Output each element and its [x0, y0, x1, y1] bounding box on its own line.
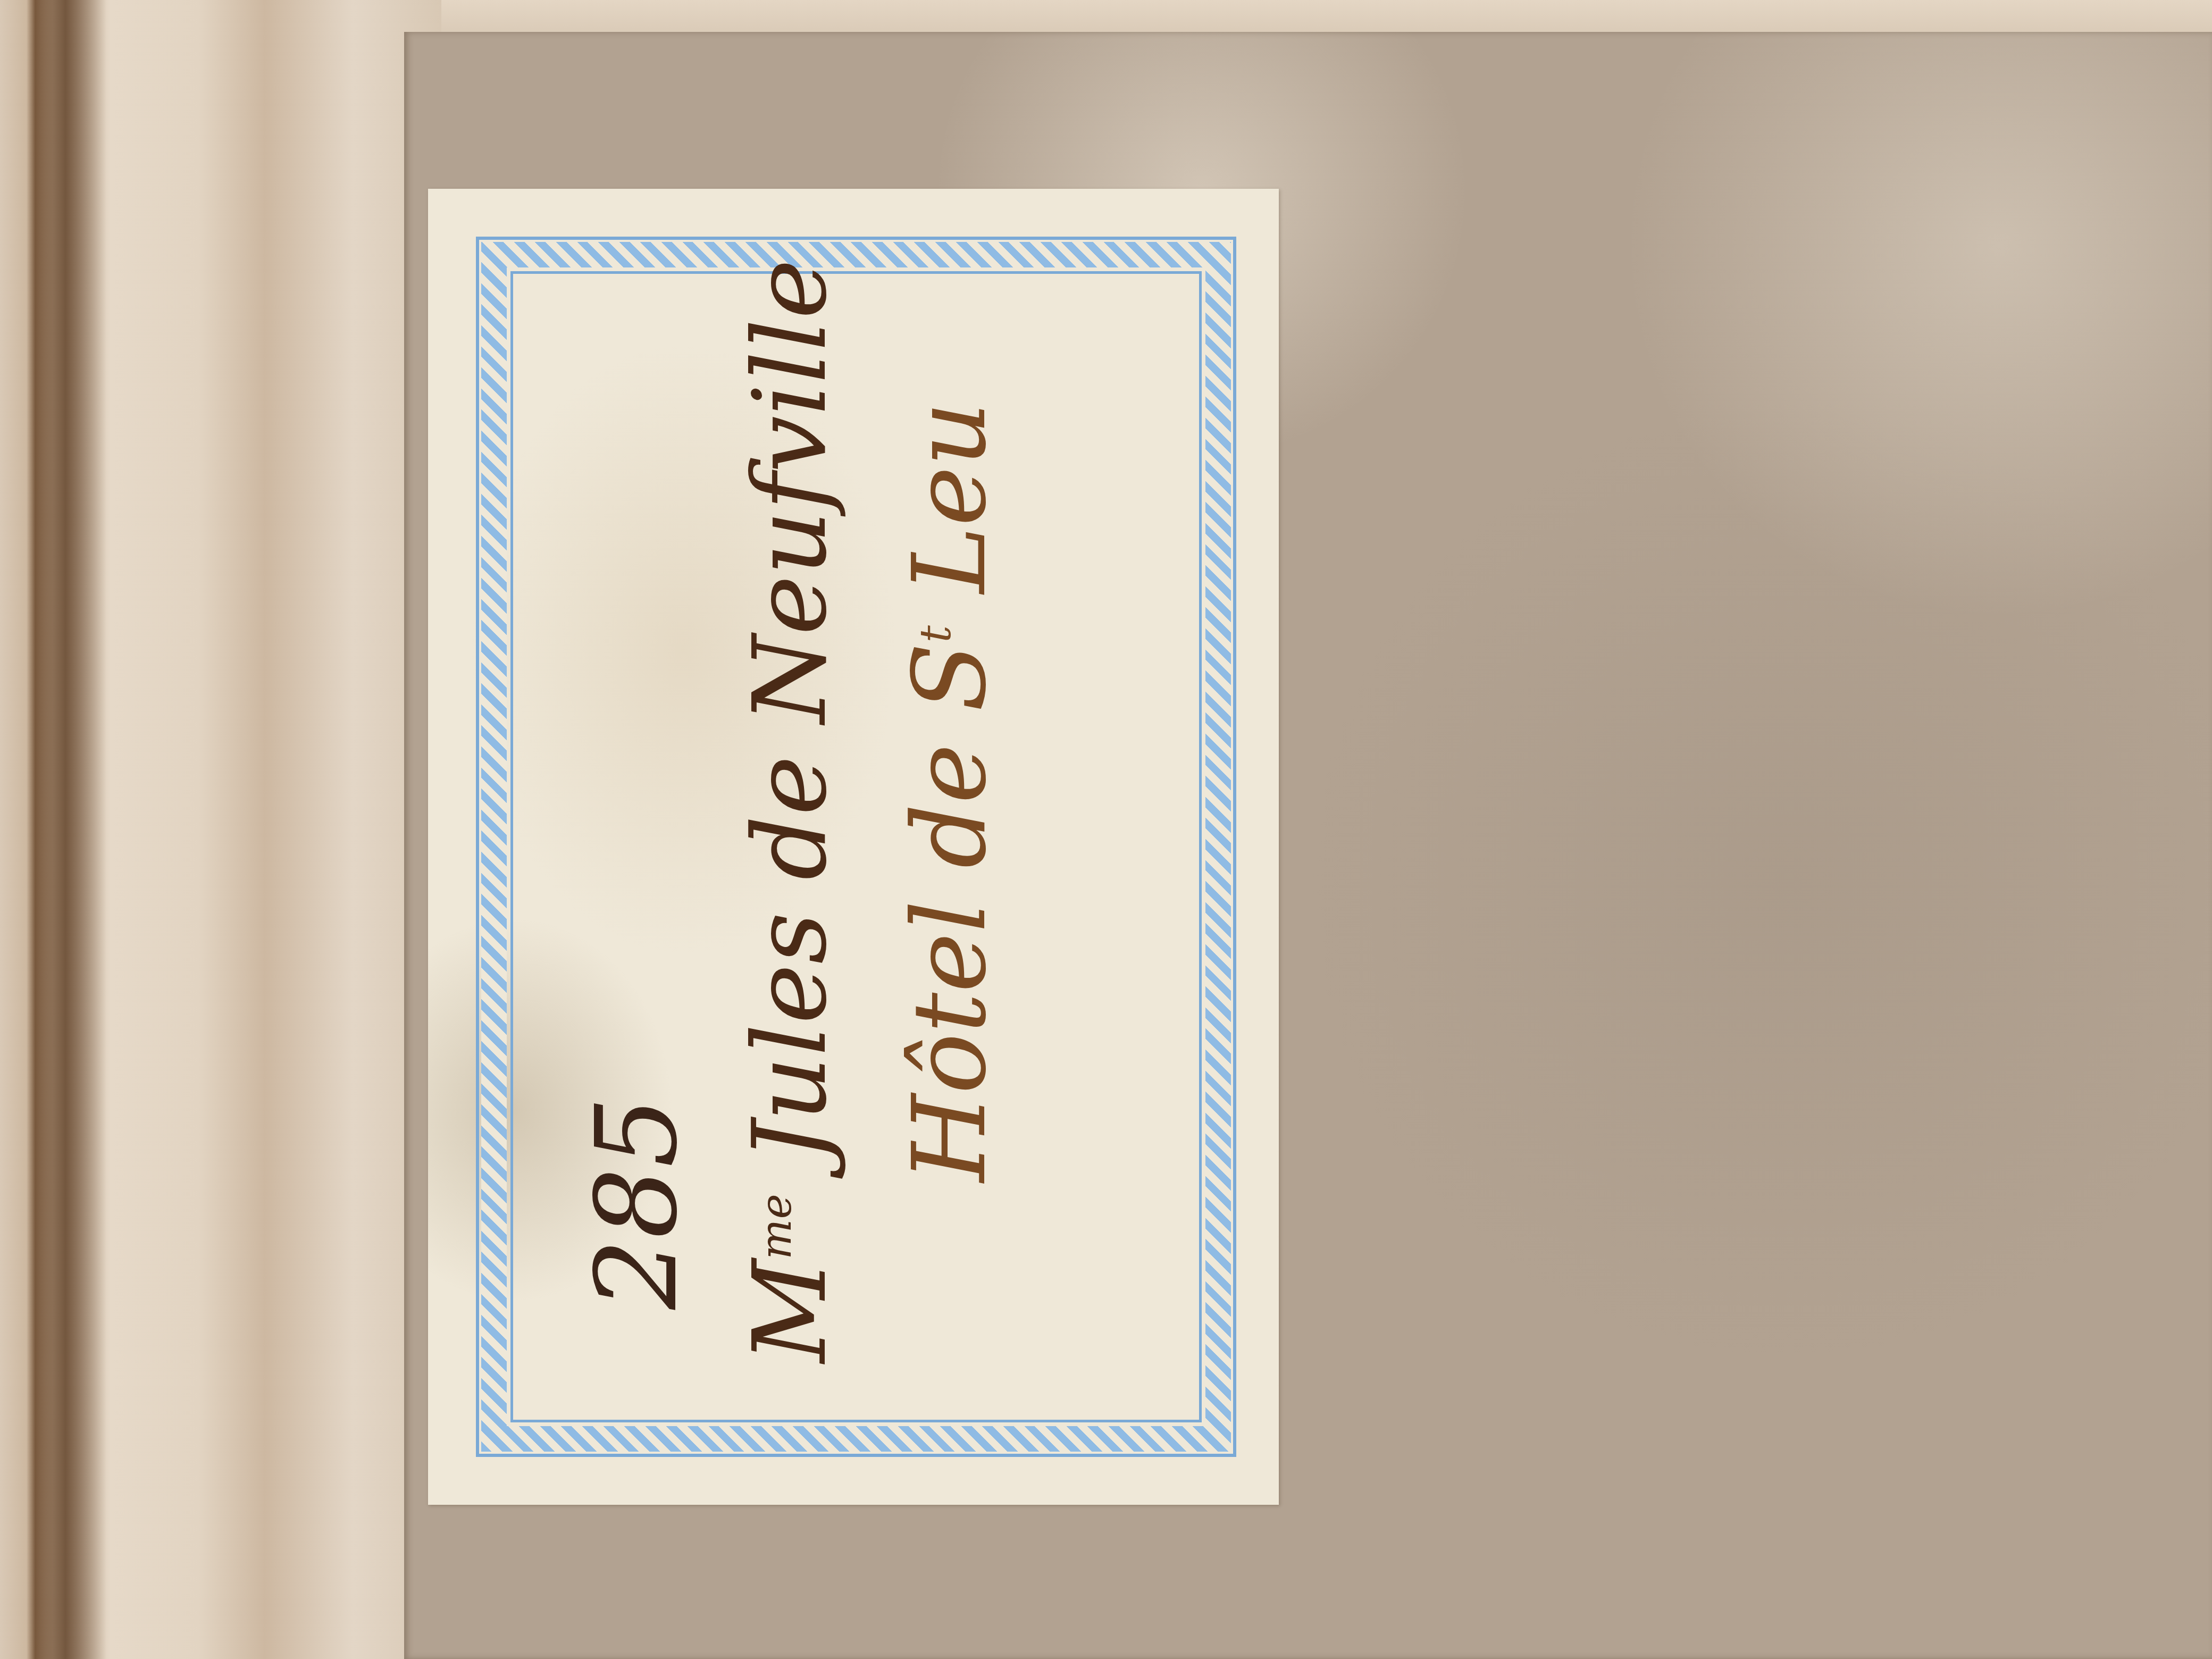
name-prefix-sup: me [751, 1194, 801, 1259]
handwritten-text: 285 Mme Jules de Neufville Hôtel de St L… [508, 289, 1199, 1405]
owner-name: Mme Jules de Neufville [731, 259, 849, 1363]
owner-address: Hôtel de St Leu [891, 401, 1008, 1182]
perforated-edge [1275, 189, 1283, 1505]
paper-fold-shadow [32, 0, 106, 1659]
inventory-number: 285 [572, 1096, 702, 1310]
collector-label: 285 Mme Jules de Neufville Hôtel de St L… [428, 189, 1279, 1505]
address-main: Hôtel de S [891, 642, 1008, 1182]
address-end: Leu [891, 401, 1008, 625]
name-prefix: M [731, 1259, 849, 1363]
address-sup: t [911, 625, 960, 642]
name-text: Jules de Neufville [731, 259, 849, 1194]
